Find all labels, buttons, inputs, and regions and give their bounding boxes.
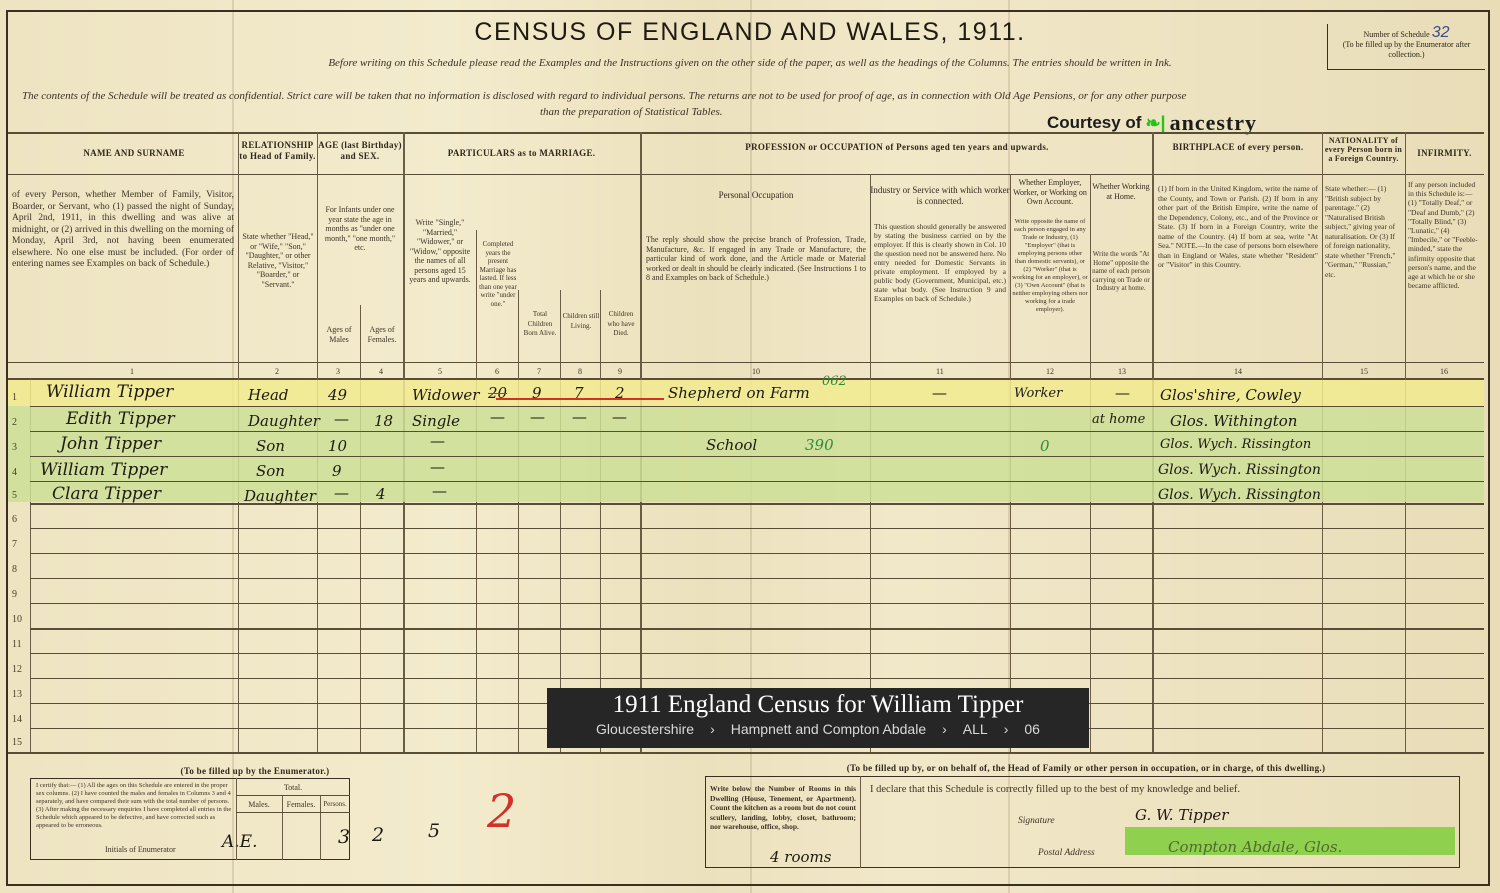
instruction-born-alive: Total Children Born Alive. (520, 310, 560, 339)
person-occupation: School (706, 436, 757, 454)
column-number: 6 (495, 367, 499, 376)
person-marital-status: — (432, 482, 447, 500)
row-number: 13 (12, 689, 22, 700)
courtesy-label: Courtesy of (1047, 113, 1141, 133)
instruction-birthplace: (1) If born in the United Kingdom, write… (1158, 184, 1318, 270)
column-number: 10 (752, 367, 760, 376)
row-number: 3 (12, 442, 17, 453)
breadcrumb-county[interactable]: Gloucestershire (596, 721, 694, 737)
column-number: 7 (537, 367, 541, 376)
subheader-at-home: Whether Working at Home. (1090, 182, 1152, 201)
instruction-occupation: The reply should show the precise branch… (646, 235, 866, 283)
column-number: 8 (578, 367, 582, 376)
person-relationship: Daughter (248, 412, 320, 430)
header-occupation: PROFESSION or OCCUPATION of Persons aged… (642, 142, 1152, 153)
grid-line (860, 776, 861, 868)
red-tally-mark: 2 (487, 784, 516, 838)
grid-line (236, 812, 350, 813)
person-birthplace: Glos. Wych. Rissington (1158, 462, 1321, 478)
subheader-ages-males: Ages of Males (319, 325, 359, 344)
row-number: 7 (12, 539, 17, 550)
row-number: 4 (12, 467, 17, 478)
row-line (30, 678, 1484, 679)
instruction-infirmity: If any person included in this Schedule … (1408, 180, 1482, 290)
occupation-code: 390 (805, 436, 834, 454)
person-age-female: 18 (374, 412, 393, 430)
row-line (30, 653, 1484, 654)
row-number: 9 (12, 589, 17, 600)
grid-line (8, 362, 1484, 363)
header-infirmity: INFIRMITY. (1405, 148, 1484, 159)
chevron-right-icon: › (1004, 721, 1009, 737)
schedule-number: 32 (1432, 24, 1450, 41)
instruction-living: Children still Living. (562, 312, 600, 331)
total-males: 3 (338, 826, 350, 848)
row-line (30, 456, 1484, 457)
person-at-home: — (1115, 384, 1130, 402)
enumerator-certify: I certify that:— (1) All the ages on thi… (36, 782, 236, 830)
subheader-industry: Industry or Service with which worker is… (870, 185, 1010, 207)
person-age-male: 49 (328, 386, 347, 404)
schedule-note: (To be filled up by the Enumerator after… (1343, 40, 1471, 59)
person-children-living: — (572, 408, 587, 426)
row-line (30, 553, 1484, 554)
males-label: Males. (236, 800, 282, 810)
row-number: 12 (12, 664, 22, 675)
person-relationship: Son (256, 437, 285, 455)
persons-label: Persons. (320, 800, 350, 810)
person-marital-status: — (430, 458, 445, 476)
row-line (30, 431, 1484, 432)
row-number: 14 (12, 714, 22, 725)
column-number: 4 (379, 367, 383, 376)
record-title: 1911 England Census for William Tipper (547, 691, 1089, 719)
person-name[interactable]: Clara Tipper (52, 484, 161, 504)
row-line (30, 578, 1484, 579)
row-line (30, 481, 1484, 482)
schedule-number-label: Number of Schedule (1364, 30, 1430, 39)
person-children-born: — (530, 408, 545, 426)
subheader-ages-females: Ages of Females. (362, 325, 402, 344)
person-birthplace: Glos. Wych. Rissington (1158, 487, 1321, 503)
confidential-line-cont: than the preparation of Statistical Tabl… (540, 106, 723, 118)
breadcrumb-parish[interactable]: Hampnett and Compton Abdale (731, 721, 926, 737)
row-line (30, 406, 1484, 407)
person-relationship: Son (256, 462, 285, 480)
row-line (30, 603, 1484, 604)
grid-line (236, 795, 350, 796)
row-number: 2 (12, 417, 17, 428)
header-name: NAME AND SURNAME (30, 148, 238, 159)
head-of-family-heading: (To be filled up by, or on behalf of, th… (766, 763, 1406, 774)
enumerator-heading: (To be filled up by the Enumerator.) (130, 766, 380, 777)
leaf-icon: ❧| (1145, 113, 1165, 134)
column-number: 2 (275, 367, 279, 376)
instruction-died: Children who have Died. (602, 310, 640, 339)
person-occupation: Shepherd on Farm (668, 384, 810, 402)
instruction-nationality: State whether:— (1) "British subject by … (1325, 184, 1403, 279)
instruction-name: of every Person, whether Member of Famil… (12, 190, 234, 271)
person-birthplace: Glos. Withington (1170, 412, 1297, 430)
person-age-female: 4 (376, 485, 386, 503)
column-number: 16 (1440, 367, 1448, 376)
total-persons: 5 (428, 820, 440, 842)
grid-line (8, 752, 1484, 754)
confidential-line: The contents of the Schedule will be tre… (22, 90, 1472, 102)
person-relationship: Daughter (244, 487, 316, 505)
person-marital-status: Widower (412, 386, 479, 404)
person-age-male: 9 (332, 462, 342, 480)
column-number: 3 (336, 367, 340, 376)
person-age-male: — (334, 410, 349, 428)
total-label: Total. (236, 783, 350, 793)
person-name[interactable]: John Tipper (60, 434, 161, 454)
instruction-marital: Write "Single," "Married," "Widower," or… (405, 218, 475, 285)
signature-label: Signature (1018, 816, 1055, 828)
grid-line (8, 132, 1484, 134)
breadcrumb: Gloucestershire › Hampnett and Compton A… (547, 721, 1089, 737)
chevron-right-icon: › (710, 721, 715, 737)
column-number: 5 (438, 367, 442, 376)
row-number: 10 (12, 614, 22, 625)
row-number: 5 (12, 490, 17, 501)
instruction-line: Before writing on this Schedule please r… (0, 57, 1500, 69)
grid-line (8, 174, 1484, 175)
person-marital-status: — (430, 432, 445, 450)
header-marriage: PARTICULARS as to MARRIAGE. (403, 148, 640, 159)
row-number: 8 (12, 564, 17, 575)
grid-line (518, 290, 519, 752)
person-employment: 0 (1040, 437, 1050, 455)
enumerator-initials-label: Initials of Enumerator (105, 845, 176, 855)
row-number: 15 (12, 737, 22, 748)
column-number: 9 (618, 367, 622, 376)
person-name[interactable]: William Tipper (46, 382, 173, 402)
instruction-employment: Write opposite the name of each person e… (1012, 218, 1088, 314)
signature: G. W. Tipper (1135, 806, 1228, 824)
column-number: 12 (1046, 367, 1054, 376)
row-number: 1 (12, 392, 17, 403)
row-line (30, 628, 1484, 630)
occupation-code: 062 (822, 374, 847, 389)
header-birthplace: BIRTHPLACE of every person. (1154, 142, 1322, 153)
postal-address: Compton Abdale, Glos. (1168, 838, 1342, 856)
subheader-personal-occupation: Personal Occupation (642, 190, 870, 201)
row-number: 11 (12, 639, 22, 650)
person-relationship: Head (248, 386, 289, 404)
person-at-home: at home (1092, 412, 1145, 427)
person-years-married: — (490, 408, 505, 426)
person-birthplace: Glos'shire, Cowley (1160, 386, 1301, 404)
column-number: 14 (1234, 367, 1242, 376)
instruction-relationship: State whether "Head," or "Wife," "Son," … (242, 232, 314, 289)
column-number: 1 (130, 367, 134, 376)
females-label: Females. (282, 800, 320, 810)
person-birthplace: Glos. Wych. Rissington (1160, 437, 1311, 452)
header-relationship: RELATIONSHIP to Head of Family. (238, 140, 317, 162)
header-age: AGE (last Birthday) and SEX. (317, 140, 403, 162)
row-line (30, 528, 1484, 529)
rooms-instruction: Write below the Number of Rooms in this … (710, 784, 856, 832)
person-age-male: — (334, 484, 349, 502)
schedule-number-box: Number of Schedule 32 (To be filled up b… (1327, 24, 1485, 70)
instruction-industry: This question should generally be answer… (874, 222, 1006, 303)
enumerator-initials: A.E. (222, 832, 258, 852)
person-name[interactable]: Edith Tipper (66, 409, 175, 429)
instruction-years-married: Completed years the present Marriage has… (478, 240, 518, 308)
total-females: 2 (372, 824, 384, 846)
address-label: Postal Address (1038, 848, 1095, 860)
person-children-died: — (612, 408, 627, 426)
census-page: CENSUS OF ENGLAND AND WALES, 1911. Befor… (0, 0, 1500, 893)
column-number: 15 (1360, 367, 1368, 376)
instruction-age: For Infants under one year state the age… (320, 205, 400, 253)
person-marital-status: Single (412, 412, 460, 430)
grid-line (560, 290, 561, 752)
strike-line (496, 398, 664, 400)
record-title-banner: 1911 England Census for William Tipper G… (547, 688, 1089, 748)
grid-line (600, 290, 601, 752)
chevron-right-icon: › (942, 721, 947, 737)
rooms-count: 4 rooms (770, 848, 831, 866)
column-number: 11 (936, 367, 944, 376)
person-name[interactable]: William Tipper (40, 460, 167, 480)
row-number: 6 (12, 514, 17, 525)
breadcrumb-district[interactable]: 06 (1024, 721, 1040, 737)
instruction-at-home: Write the words "At Home" opposite the n… (1092, 250, 1150, 293)
header-nationality: NATIONALITY of every Person born in a Fo… (1322, 136, 1405, 163)
page-title: CENSUS OF ENGLAND AND WALES, 1911. (0, 18, 1500, 47)
subheader-employment: Whether Employer, Worker, or Working on … (1010, 178, 1090, 207)
breadcrumb-all[interactable]: ALL (963, 721, 988, 737)
column-number: 13 (1118, 367, 1126, 376)
declaration-text: I declare that this Schedule is correctl… (870, 784, 1240, 796)
person-age-male: 10 (328, 437, 347, 455)
person-industry: — (932, 384, 947, 402)
person-employment: Worker (1014, 386, 1062, 401)
